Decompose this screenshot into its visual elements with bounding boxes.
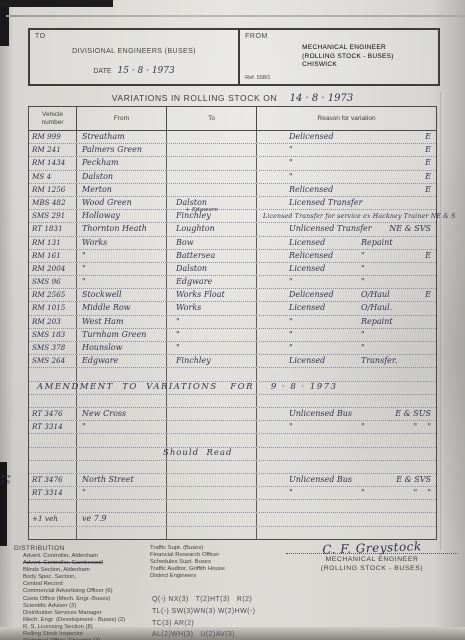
garage-code-annotations: Q(-) NX(3) T(2)HT(3) R(2)TL(-) SW(3)WN(3…: [152, 594, 255, 640]
cell-from: Works: [77, 237, 167, 249]
column-header-to: To: [167, 107, 257, 130]
cell-vehicle-number: SMS 378: [29, 342, 77, 354]
form-title-date-handwritten: 14 · 8 · 1973: [290, 93, 354, 104]
table-row: SMS 96 " Edgware " ": [29, 276, 436, 289]
cell-reason: Relicensed " E: [257, 250, 436, 262]
cell-from: [77, 448, 167, 460]
reason-code: " ": [413, 422, 431, 431]
cell-to-text: Battersea: [176, 251, 215, 260]
reason-text: ": [289, 158, 293, 167]
cell-reason: [257, 448, 436, 460]
table-row: RT 3476 New Cross Unlicensed Bus E & SUS: [29, 408, 436, 421]
table-row: [29, 527, 436, 539]
reason-text: Licensed: [289, 264, 325, 273]
reason-text: Licensed: [289, 303, 325, 312]
reason-detail: Repaint: [361, 238, 393, 247]
cell-vehicle-number: RT 3476: [29, 474, 77, 486]
cell-reason: [257, 434, 436, 446]
cell-to: Finchley: [167, 355, 257, 367]
cell-to: Battersea: [167, 250, 257, 262]
cell-from: ": [77, 276, 167, 288]
cell-reason: [257, 513, 436, 525]
distribution-item: Rolling Stock Inspector: [14, 631, 156, 638]
distribution-item: Schedules Supt. Buses: [150, 559, 225, 566]
reason-detail: Repaint: [361, 317, 393, 326]
cell-to-text: ": [176, 330, 180, 339]
garage-code-line: Q(-) NX(3) T(2)HT(3) R(2): [152, 594, 255, 606]
table-row: SMS 264 Edgware Finchley Licensed Transf…: [29, 355, 436, 368]
reason-detail: ": [361, 422, 365, 431]
cell-from: West Ham: [77, 316, 167, 328]
cell-to: [167, 408, 257, 420]
cell-reason: " Repaint: [257, 316, 436, 328]
to-box: TO DIVISIONAL ENGINEERS (BUSES) DATE 15 …: [30, 30, 240, 84]
reason-text: Licensed: [289, 356, 325, 365]
cell-reason: Unlicensed Transfer NE & SVS: [257, 223, 436, 235]
date-line: DATE 15 · 8 · 1973: [30, 66, 238, 76]
cell-from: Hounslow: [77, 342, 167, 354]
cell-to-text: Dalston: [176, 198, 207, 207]
column-header-reason: Reason for variation: [257, 107, 436, 130]
address-boxes: TO DIVISIONAL ENGINEERS (BUSES) DATE 15 …: [28, 28, 440, 86]
to-recipient: DIVISIONAL ENGINEERS (BUSES): [30, 48, 238, 55]
cell-to: Bow: [167, 237, 257, 249]
signature-block: C. F. Greystock MECHANICAL ENGINEER (ROL…: [286, 541, 458, 573]
cell-reason: Licensed Transfer.: [257, 355, 436, 367]
cell-vehicle-number: RT 3476: [29, 408, 77, 420]
reason-code: NE & SVS: [389, 224, 431, 233]
cell-reason: [257, 461, 436, 473]
table-row: RM 2004 " Dalston Licensed ": [29, 263, 436, 276]
reason-text: Licensed: [289, 238, 325, 247]
paper-fold-line: [440, 92, 443, 550]
table-body: RM 999 Streatham Delicensed E RM 241 Pal…: [29, 131, 436, 539]
distribution-item: Central Record: [14, 581, 156, 588]
table-row: MS 4 Dalston " E: [29, 171, 436, 184]
table-row: RM 999 Streatham Delicensed E: [29, 131, 436, 144]
reason-code: E: [425, 251, 431, 260]
table-row: RM 161 " Battersea Relicensed " E: [29, 250, 436, 263]
cell-to: [167, 131, 257, 143]
cell-from: ve 7.9: [77, 513, 167, 525]
table-row: SMS 183 Turnham Green " " ": [29, 329, 436, 342]
date-value-handwritten: 15 · 8 · 1973: [117, 66, 174, 76]
table-header-row: Vehicle number From To Reason for variat…: [29, 107, 436, 131]
reason-detail: Transfer.: [361, 356, 397, 365]
scanned-form: TO DIVISIONAL ENGINEERS (BUSES) DATE 15 …: [0, 0, 465, 640]
cell-to-text: Dalston: [176, 264, 207, 273]
table-row: RT 3476 North Street Unlicensed Bus E & …: [29, 474, 436, 487]
table-row: AMENDMENT TO VARIATIONS FOR 9 · 8 · 1973: [29, 382, 436, 395]
cell-to: + EdgwareFinchley: [167, 210, 257, 222]
scan-edge-top: [0, 0, 113, 7]
reason-text: Unlicensed Bus: [289, 409, 352, 418]
reason-detail: O/Haul: [361, 290, 390, 299]
garage-code-line: AL(2)WH(3) U(2)AV(3): [152, 629, 255, 640]
cell-from: Dalston: [77, 171, 167, 183]
cell-reason: [257, 527, 436, 539]
cell-vehicle-number: RM 203: [29, 316, 77, 328]
distribution-item: Costs Office (Mech. Engr.-Buses): [14, 596, 156, 603]
cell-reason: Unlicensed Bus E & SVS: [257, 474, 436, 486]
row-spanning-note: AMENDMENT TO VARIATIONS FOR 9 · 8 · 1973: [37, 382, 338, 392]
reason-code: E: [425, 158, 431, 167]
cell-to-text: Loughton: [176, 224, 215, 233]
from-box: FROM MECHANICAL ENGINEER (ROLLING STOCK …: [240, 30, 438, 84]
reason-text: Licensed Transfer: [289, 198, 362, 207]
reason-detail: ": [361, 251, 365, 260]
table-row: [29, 500, 436, 513]
cell-vehicle-number: RT 3314: [29, 421, 77, 433]
variations-table: Vehicle number From To Reason for variat…: [28, 106, 437, 540]
cell-from: Holloway: [77, 210, 167, 222]
reason-code: E & SVS: [396, 475, 431, 484]
cell-from: Thornton Heath: [77, 223, 167, 235]
distribution-item: Advert. Controller, Aldenham: [14, 553, 156, 560]
table-row: RT 3314 " " " " ": [29, 421, 436, 434]
cell-to: [167, 527, 257, 539]
cell-from: ": [77, 487, 167, 499]
table-row: RT 3314 " " " " ": [29, 487, 436, 500]
cell-to-text: Works Float: [176, 290, 225, 299]
distribution-item: Traffic Supt. (Buses): [150, 545, 225, 552]
cell-to: Edgware: [167, 276, 257, 288]
cell-vehicle-number: [29, 434, 77, 446]
distribution-item: Financial Research Officer: [150, 552, 225, 559]
signatory-department: (ROLLING STOCK - BUSES): [286, 565, 458, 574]
from-line: CHISWICK: [302, 61, 394, 70]
distribution-item: District Engineers: [150, 573, 225, 580]
reason-text: Delicensed: [289, 132, 334, 141]
cell-reason: [257, 395, 436, 407]
cell-vehicle-number: [29, 500, 77, 512]
cell-from: Peckham: [77, 157, 167, 169]
signature-handwritten: C. F. Greystock: [286, 538, 458, 558]
distribution-item: Advert. Controller, Camberwell: [14, 560, 156, 567]
reason-text: ": [289, 330, 293, 339]
cell-from: Streatham: [77, 131, 167, 143]
table-row: RM 2565 Stockwell Works Float Delicensed…: [29, 289, 436, 302]
reason-text: Relicensed: [289, 185, 333, 194]
cell-vehicle-number: [29, 395, 77, 407]
table-row: RM 131 Works Bow Licensed Repaint: [29, 237, 436, 250]
reason-detail: ": [361, 277, 365, 286]
cell-to: [167, 461, 257, 473]
cell-reason: [257, 500, 436, 512]
form-title-text: VARIATIONS IN ROLLING STOCK ON: [112, 93, 277, 103]
cell-vehicle-number: RM 161: [29, 250, 77, 262]
reason-text: ": [289, 488, 293, 497]
cell-from: Merton: [77, 184, 167, 196]
from-address: MECHANICAL ENGINEER (ROLLING STOCK - BUS…: [302, 44, 394, 70]
cell-vehicle-number: RM 1015: [29, 302, 77, 314]
cell-to: Works: [167, 302, 257, 314]
table-row: RM 1256 Merton Relicensed E: [29, 184, 436, 197]
reason-detail: ": [361, 488, 365, 497]
cell-to: Works Float: [167, 289, 257, 301]
distribution-item: Scientific Adviser (2): [14, 603, 156, 610]
cell-to: [167, 157, 257, 169]
cell-to: [167, 144, 257, 156]
signatory-title: MECHANICAL ENGINEER: [286, 556, 458, 565]
table-row: Should Read: [29, 448, 436, 461]
cell-reason: " ": [257, 329, 436, 341]
cell-vehicle-number: RM 131: [29, 237, 77, 249]
reason-detail: O/Haul.: [361, 303, 392, 312]
cell-reason: " E: [257, 171, 436, 183]
distribution-item: Distribution Services Manager: [14, 610, 156, 617]
table-row: RM 1434 Peckham " E: [29, 157, 436, 170]
reason-detail: ": [361, 330, 365, 339]
cell-reason: Unlicensed Bus E & SUS: [257, 408, 436, 420]
reason-code: E: [425, 185, 431, 194]
reason-code: E: [425, 290, 431, 299]
cell-from: North Street: [77, 474, 167, 486]
table-row: +1 veh ve 7.9: [29, 513, 436, 526]
reason-text: ": [289, 145, 293, 154]
cell-reason: Licensed Transfer: [257, 197, 436, 209]
table-row: RM 203 West Ham " " Repaint: [29, 316, 436, 329]
cell-reason: " E: [257, 144, 436, 156]
distribution-left-items: Advert. Controller, AldenhamAdvert. Cont…: [14, 553, 156, 640]
from-label: FROM: [245, 33, 268, 40]
cell-to: [167, 474, 257, 486]
distribution-item: Traffic Auditor, Griffith House: [150, 566, 225, 573]
table-row: [29, 395, 436, 408]
cell-reason: Delicensed E: [257, 131, 436, 143]
cell-from: [77, 500, 167, 512]
cell-reason: " " " ": [257, 421, 436, 433]
cell-reason: " ": [257, 342, 436, 354]
table-row: MBS 482 Wood Green Dalston Licensed Tran…: [29, 197, 436, 210]
cell-to: ": [167, 316, 257, 328]
table-row: SMS 378 Hounslow " " ": [29, 342, 436, 355]
cell-vehicle-number: MS 4: [29, 171, 77, 183]
cell-reason: Delicensed O/Haul E: [257, 289, 436, 301]
reason-text: Relicensed: [289, 251, 333, 260]
table-row: RM 1015 Middle Row Works Licensed O/Haul…: [29, 302, 436, 315]
reason-text: Unlicensed Bus: [289, 475, 352, 484]
cell-vehicle-number: SMS 264: [29, 355, 77, 367]
cell-from: New Cross: [77, 408, 167, 420]
cell-from: Palmers Green: [77, 144, 167, 156]
reference-number: Ref. 508/1: [245, 75, 270, 81]
cell-to: [167, 487, 257, 499]
cell-reason: [257, 368, 436, 380]
cell-vehicle-number: RM 1256: [29, 184, 77, 196]
cell-vehicle-number: RM 2565: [29, 289, 77, 301]
cell-to: [167, 513, 257, 525]
cell-vehicle-number: [29, 368, 77, 380]
distribution-item: R. S. Licensing Section (8): [14, 624, 156, 631]
cell-from: [77, 461, 167, 473]
cell-from: ": [77, 421, 167, 433]
table-row: SMS 291 Holloway + EdgwareFinchley Licen…: [29, 210, 436, 223]
cell-to: Dalston: [167, 263, 257, 275]
cell-vehicle-number: RM 241: [29, 144, 77, 156]
cell-from: ": [77, 263, 167, 275]
reason-text: ": [289, 172, 293, 181]
cell-from: [77, 368, 167, 380]
cell-reason: Licensed Repaint: [257, 237, 436, 249]
reason-detail: ": [361, 264, 365, 273]
reason-text: ": [289, 343, 293, 352]
cell-to-text: Edgware: [176, 277, 212, 286]
column-header-from: From: [77, 107, 167, 130]
cell-vehicle-number: [29, 461, 77, 473]
cell-vehicle-number: [29, 527, 77, 539]
cell-vehicle-number: RM 999: [29, 131, 77, 143]
cell-to-text: Bow: [176, 238, 194, 247]
table-row: [29, 368, 436, 381]
table-row: RT 1831 Thornton Heath Loughton Unlicens…: [29, 223, 436, 236]
table-row: [29, 461, 436, 474]
cell-from: Middle Row: [77, 302, 167, 314]
cell-from: Stockwell: [77, 289, 167, 301]
reason-code: E & SUS: [395, 409, 431, 418]
cell-to: [167, 421, 257, 433]
reason-code: " ": [413, 488, 431, 497]
cell-vehicle-number: RM 1434: [29, 157, 77, 169]
reason-text: Delicensed: [289, 290, 334, 299]
cell-reason: Licensed O/Haul.: [257, 302, 436, 314]
reason-text: Licensed Transfer for service ex Hackney…: [263, 213, 456, 220]
cell-vehicle-number: RT 1831: [29, 223, 77, 235]
margin-annotation: 8ve 3-9: [1, 474, 11, 486]
reason-code: E: [425, 145, 431, 154]
cell-to: [167, 171, 257, 183]
cell-to-text: Finchley: [176, 356, 211, 365]
cell-vehicle-number: SMS 291: [29, 210, 77, 222]
distribution-item: Commercial Advertising Officer (6): [14, 588, 156, 595]
cell-to: [167, 500, 257, 512]
paper-edge-line: [6, 15, 465, 17]
distribution-title: DISTRIBUTION: [14, 545, 156, 552]
cell-vehicle-number: RT 3314: [29, 487, 77, 499]
cell-to-text: ": [176, 317, 180, 326]
garage-code-line: TC(3) AR(2): [152, 618, 255, 630]
cell-from: Edgware: [77, 355, 167, 367]
cell-to: Loughton: [167, 223, 257, 235]
margin-annotation-line: 3-9: [1, 480, 11, 486]
cell-reason: " " " ": [257, 487, 436, 499]
cell-reason: Licensed Transfer for service ex Hackney…: [257, 210, 436, 222]
to-label: TO: [35, 33, 46, 40]
cell-to: [167, 368, 257, 380]
cell-reason: " ": [257, 276, 436, 288]
cell-vehicle-number: MBS 482: [29, 197, 77, 209]
date-label: DATE: [93, 68, 111, 75]
reason-text: ": [289, 422, 293, 431]
cell-reason: Licensed ": [257, 263, 436, 275]
table-row: RM 241 Palmers Green " E: [29, 144, 436, 157]
reason-code: E: [425, 132, 431, 141]
cell-from: [77, 527, 167, 539]
cell-from: [77, 434, 167, 446]
garage-code-line: TL(-) SW(3)WN(3) W(2)HW(-): [152, 606, 255, 618]
cell-to-text: Works: [176, 303, 201, 312]
cell-from: ": [77, 250, 167, 262]
cell-vehicle-number: +1 veh: [29, 513, 77, 525]
distribution-item: Mech. Engr. (Development - Buses) (2): [14, 617, 156, 624]
cell-vehicle-number: SMS 183: [29, 329, 77, 341]
distribution-middle-list: Traffic Supt. (Buses)Financial Research …: [150, 545, 225, 580]
cell-vehicle-number: SMS 96: [29, 276, 77, 288]
cell-reason: Relicensed E: [257, 184, 436, 196]
reason-detail: ": [361, 343, 365, 352]
reason-code: E: [425, 172, 431, 181]
cell-to-text: ": [176, 343, 180, 352]
cell-from: [77, 395, 167, 407]
distribution-item: Body Spec. Section,: [14, 574, 156, 581]
from-line: MECHANICAL ENGINEER: [302, 44, 394, 53]
distribution-list: DISTRIBUTION Advert. Controller, Aldenha…: [14, 545, 156, 640]
cell-to: ": [167, 342, 257, 354]
cell-to-insertion: + Edgware: [185, 207, 218, 213]
cell-to: [167, 434, 257, 446]
cell-to: [167, 184, 257, 196]
cell-vehicle-number: [29, 448, 77, 460]
column-header-vehicle-number: Vehicle number: [29, 107, 77, 130]
cell-to: [167, 395, 257, 407]
cell-vehicle-number: RM 2004: [29, 263, 77, 275]
from-line: (ROLLING STOCK - BUSES): [302, 53, 394, 62]
form-title: VARIATIONS IN ROLLING STOCK ON 14 · 8 · …: [0, 88, 465, 106]
row-spanning-note: Should Read: [163, 448, 232, 458]
distribution-item: Blinds Section, Aldenham: [14, 567, 156, 574]
reason-text: ": [289, 317, 293, 326]
cell-from: Turnham Green: [77, 329, 167, 341]
cell-to: ": [167, 329, 257, 341]
cell-from: Wood Green: [77, 197, 167, 209]
cell-reason: " E: [257, 157, 436, 169]
table-row: [29, 434, 436, 447]
reason-text: Unlicensed Transfer: [289, 224, 372, 233]
reason-text: ": [289, 277, 293, 286]
